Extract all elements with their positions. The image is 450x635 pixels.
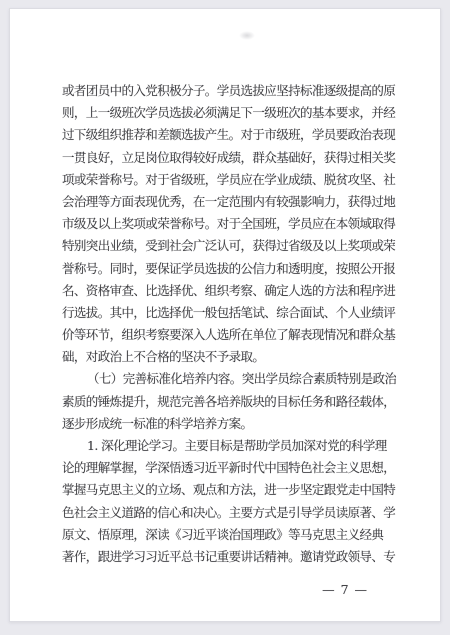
text-line: 掌握马克思主义的立场、观点和方法，进一步坚定跟党走中国特: [62, 479, 396, 501]
text-line: 色社会主义道路的信心和决心。主要方式是引导学员读原著、学: [62, 502, 396, 524]
text-line: 础，对政治上不合格的坚决不予录取。: [62, 346, 396, 368]
document-body: 或者团员中的入党积极分子。学员选拔应坚持标准逐级提高的原则，上一级班次学员选拔必…: [62, 80, 396, 568]
text-line: 会治理等方面表现优秀，在一定范围内有较强影响力，获得过地: [62, 191, 396, 213]
viewer-background: { "doc": { "lines": [ { "text": "或者团员中的入…: [0, 0, 450, 635]
document-page: 或者团员中的入党积极分子。学员选拔应坚持标准逐级提高的原则，上一级班次学员选拔必…: [9, 8, 441, 622]
text-line: 项或荣誉称号。对于省级班，学员应在学业成绩、脱贫攻坚、社: [62, 169, 396, 191]
text-line: 1. 深化理论学习。主要目标是帮助学员加深对党的科学理: [62, 435, 396, 457]
text-line: 过下级组织推荐和差额选拔产生。对于市级班，学员要政治表现: [62, 124, 396, 146]
page-number: — 7 —: [322, 582, 368, 597]
text-line: 名、资格审查、比选择优、组织考察、确定人选的方法和程序进: [62, 280, 396, 302]
text-line: 逐步形成统一标准的科学培养方案。: [62, 413, 396, 435]
text-line: 素质的锤炼提升，规范完善各培养版块的目标任务和路径载体，: [62, 391, 396, 413]
text-line: （七）完善标准化培养内容。突出学员综合素质特别是政治: [62, 368, 396, 390]
text-line: 行选拔。其中，比选择优一般包括笔试、综合面试、个人业绩评: [62, 302, 396, 324]
text-line: 原文、悟原理，深读《习近平谈治国理政》等马克思主义经典: [62, 524, 396, 546]
text-line: 论的理解掌握，学深悟透习近平新时代中国特色社会主义思想，: [62, 457, 396, 479]
text-line: 市级及以上奖项或荣誉称号。对于全国班，学员应在本领域取得: [62, 213, 396, 235]
scan-smudge: [239, 31, 255, 40]
text-line: 一贯良好，立足岗位取得较好成绩，群众基础好，获得过相关奖: [62, 147, 396, 169]
text-line: 特别突出业绩，受到社会广泛认可，获得过省级及以上奖项或荣: [62, 235, 396, 257]
text-line: 誉称号。同时，要保证学员选拔的公信力和透明度，按照公开报: [62, 258, 396, 280]
text-line: 则，上一级班次学员选拔必须满足下一级班次的基本要求，并经: [62, 102, 396, 124]
text-line: 著作，跟进学习习近平总书记重要讲话精神。邀请党政领导、专: [62, 546, 396, 568]
text-line: 价等环节，组织考察要深入人选所在单位了解表现情况和群众基: [62, 324, 396, 346]
text-line: 或者团员中的入党积极分子。学员选拔应坚持标准逐级提高的原: [62, 80, 396, 102]
